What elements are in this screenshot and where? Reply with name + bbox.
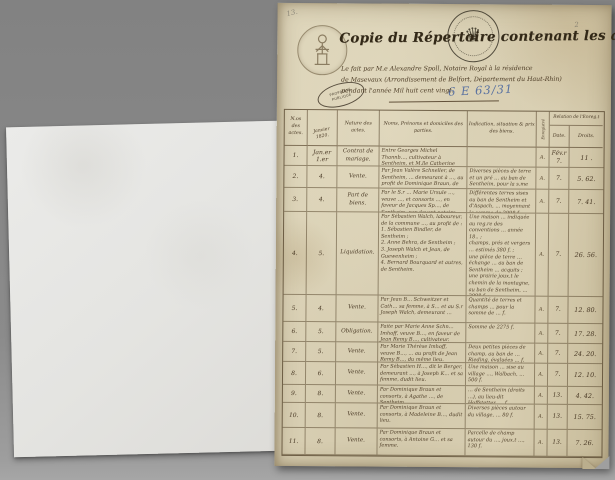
cell-enreg-mark: A. [535,364,548,387]
table-row: 1. Jan.er 1.er Contrat de mariage. Entre… [284,146,603,168]
cell-enreg-date: 7. [549,214,570,297]
table-row: 4. 5. Liquidation. Par Sébastien Walch, … [284,212,604,297]
cell-act-date: 5. [306,342,336,362]
table-row: 11. 8. Vente. Par Dominique Braun et con… [282,428,601,457]
cell-act-date: 8. [305,428,335,455]
corner-cut [594,456,609,469]
table-row: 8. 6. Vente. Par Sébastien H…, dit le Be… [283,362,602,387]
cell-act-date: 8. [306,385,336,403]
cell-droits: 7. 26. [567,430,601,457]
cell-act-date: 4. [307,166,337,188]
table-body: 1. Jan.er 1.er Contrat de mariage. Entre… [282,146,603,457]
cell-biens: Différentes terres sises au ban de Senth… [467,189,536,213]
cell-biens: Somme de 2275 f. [466,323,535,343]
cell-droits: 24. 20. [568,344,602,364]
header-no: N.os des actes. [285,110,308,146]
cell-biens: … de Sentheim (droits …), au lieu-dit Ho… [466,386,535,404]
header-rel-date: Date. [550,126,570,148]
header-month: Janvier 1820. [308,110,338,146]
cell-nature: Vente. [335,428,377,455]
cell-enreg-mark: A. [536,148,549,168]
cell-droits: 12. 10. [568,364,602,387]
cell-nature: Vente. [337,166,379,188]
cell-act-number: 5. [283,295,306,322]
cell-enreg-mark: A. [535,405,548,430]
cell-act-number: 3. [284,188,307,212]
cell-biens [467,147,536,167]
cell-enreg-date: Fév.r 7. [549,148,569,168]
acts-table: N.os des actes. Janvier 1820. Nature des… [281,109,604,458]
cell-enreg-date: 13. [547,430,567,457]
cell-droits: 7. 41. [569,190,603,214]
cell-act-date: Jan.er 1.er [307,146,337,166]
cell-nature: Vente. [336,342,378,362]
cell-nature: Liquidation. [337,212,380,295]
header-relation-sub: Date. Droits. [550,126,603,148]
header-relation-group: Relation de l'Enreg.t Date. Droits. [550,112,603,148]
table-header: N.os des actes. Janvier 1820. Nature des… [285,110,604,148]
cell-biens: Deux petites pièces de champ, au ban de … [466,343,535,363]
cell-droits: 5. 62. [569,168,603,190]
cell-act-number: 8. [283,362,306,385]
cell-act-number: 10. [283,403,306,428]
table-row: 10. 8. Vente. Par Dominique Braun et con… [283,403,602,430]
cell-enreg-date: 13. [548,387,568,405]
cell-act-date: 5. [307,212,338,295]
cell-droits: 17. 28. [568,324,602,344]
cell-droits: 4. 42. [568,387,602,405]
table-row: 2. 4. Vente. Par Jean Valère Schneller, … [284,166,603,190]
table-row: 9. 8. Vente. Par Dominique Braun et cons… [283,385,602,405]
cell-enreg-date: 13. [548,405,568,430]
cell-droits: 11 . [569,148,603,168]
cell-enreg-mark: A. [536,214,550,297]
cell-parties: Par Dominique Braun et consorts, à Madel… [378,404,466,430]
header-month-label: Janvier 1820. [308,126,337,143]
cell-enreg-date: 7. [549,168,569,190]
header-enreg-label: Enregistré [540,119,545,140]
cell-parties: Faite par Marie Anne Schn… Imhoff, veuve… [378,323,466,344]
subtitle-line-1: Le fait par M.e Alexandre Spoll, Notaire… [341,65,533,73]
cell-biens: Parcelle de champ autour du …, joux.t …,… [465,429,534,456]
cell-biens: Une maison … sise au village …, Walbach,… [466,363,535,386]
cell-act-date: 6. [306,362,336,385]
cell-enreg-mark: A. [535,387,548,405]
cell-biens: Diverses pièces de terre et un pré … au … [467,167,536,189]
cell-nature: Obligation. [336,322,378,342]
cell-act-number: 4. [284,212,308,295]
cell-biens: Diverses pièces autour du village, … 80 … [466,404,535,429]
cell-act-number: 11. [282,428,305,455]
cell-droits: 15. 75. [568,405,602,430]
cell-act-number: 9. [283,385,306,403]
pencil-note-left: 13. [286,8,299,18]
cell-droits: 12. 80. [568,297,602,324]
cell-act-date: 5. [306,322,336,342]
cell-enreg-date: 7. [548,344,568,364]
cell-parties: Par Jean B… Schweitzer et Cath… sa femme… [378,296,466,324]
header-biens: Indication, situation & prix des biens. [468,111,537,147]
document-subtitle: Le fait par M.e Alexandre Spoll, Notaire… [341,53,607,97]
cell-act-date: 4. [307,188,337,212]
cell-nature: Vente. [336,385,378,403]
document-page: 13. 2 ♛ PROPRIÉTÉ PUBLIQUE 6 E 63/31 Cop… [274,3,611,468]
header-nature: Nature des actes. [338,110,380,146]
cell-act-number: 1. [284,146,307,166]
cell-enreg-mark: A. [535,344,548,364]
cell-biens: Quantité de terres et champs … pour la s… [466,296,535,323]
table-row: 6. 5. Obligation. Faite par Marie Anne S… [283,322,602,344]
cell-parties: Par Sébastien Walch, laboureur, de la co… [379,213,468,297]
cell-nature: Contrat de mariage. [337,146,379,166]
header-rel-droits: Droits. [570,126,603,148]
cell-enreg-date: 7. [549,190,569,214]
cell-enreg-mark: A. [536,190,549,214]
cell-enreg-date: 7. [548,297,568,324]
document-title: Copie du Répertoire contenant les actes. [339,28,609,47]
cell-nature: Part de biens. [337,188,379,212]
cell-nature: Vente. [336,362,378,385]
cell-act-number: 7. [283,342,306,362]
table-row: 5. 4. Vente. Par Jean B… Schweitzer et C… [283,295,602,324]
cell-act-date: 4. [306,295,336,322]
cell-parties: Entre Georges Michel Thannb…, cultivateu… [379,147,467,168]
cell-parties: Par Sébastien H…, dit le Berger, demeura… [378,363,466,387]
cell-nature: Vente. [336,295,378,322]
cell-parties: Par Marie Thérèse Imhoff, veuve B…, … au… [378,343,466,364]
cell-biens: Une maison … indiquée au reg.re des conv… [467,213,537,296]
table-row: 3. 4. Part de biens. Par le S.r … Marie … [284,188,603,214]
cell-enreg-mark: A. [534,430,547,457]
cell-enreg-mark: A. [536,168,549,190]
cell-nature: Vente. [336,403,378,428]
table-row: 7. 5. Vente. Par Marie Thérèse Imhoff, v… [283,342,602,364]
cell-parties: Par Dominique Braun et consorts, à Antoi… [377,429,465,457]
blank-sheet [6,121,286,458]
subtitle-line-2: de Masevaux (Arrondissement de Belfort, … [341,76,562,84]
header-parties: Noms, Prénoms et domiciles des parties. [380,111,468,148]
cell-droits: 26. 56. [569,214,604,297]
subtitle-line-3: pendant l'année Mil huit cent vingt. [341,87,453,94]
cell-enreg-mark: A. [535,297,548,324]
cell-enreg-date: 7. [548,324,568,344]
cell-parties: Par le S.r … Marie Ursule …, veuve …, et… [379,189,467,214]
cell-act-number: 6. [283,322,306,342]
header-enreg: Enregistré [537,112,550,148]
title-underline [389,100,499,102]
cell-act-date: 8. [306,403,336,428]
header-relation: Relation de l'Enreg.t [550,112,603,126]
cell-enreg-mark: A. [535,324,548,344]
cell-enreg-date: 7. [548,364,568,387]
cell-act-number: 2. [284,166,307,188]
cell-parties: Par Dominique Braun et consorts, à Agath… [378,386,466,405]
seated-figure-icon [307,32,337,68]
cell-parties: Par Jean Valère Schneller, de Sentheim, … [379,167,467,190]
